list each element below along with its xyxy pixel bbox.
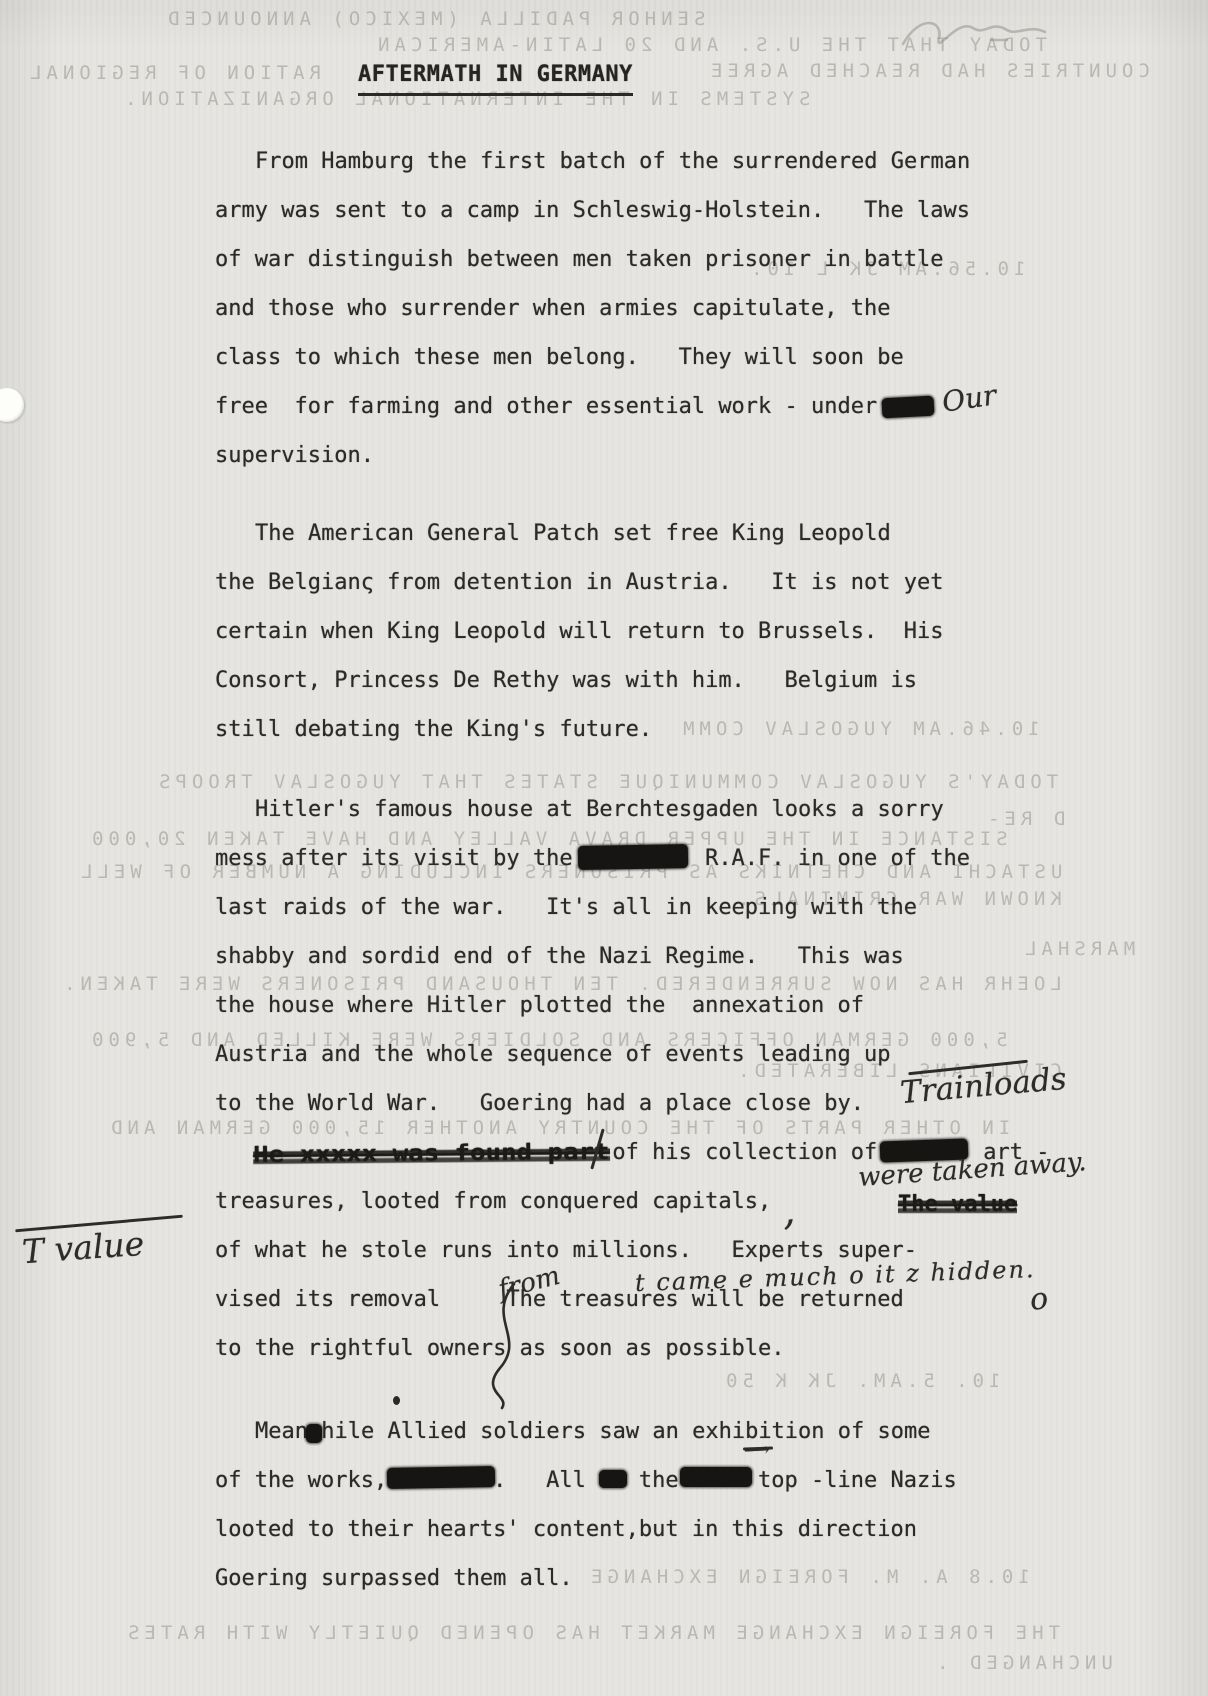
typed-line: Consort, Princess De Rethy was with him.… bbox=[215, 656, 1115, 705]
handwritten-arrow: ⟶ bbox=[743, 1439, 770, 1461]
struck-text: He xxxxx was found part bbox=[253, 1140, 610, 1169]
handwritten-loop: o bbox=[1028, 1281, 1050, 1318]
ink-dot bbox=[393, 1396, 400, 1405]
typed-line: shabby and sordid end of the Nazi Regime… bbox=[215, 932, 1115, 981]
typed-line: Hitler's famous house at Berchtesgaden l… bbox=[215, 785, 1115, 834]
ink-blot bbox=[882, 396, 935, 419]
struck-text: The value bbox=[898, 1192, 1017, 1218]
bleedthrough-line: UNCHANGED . bbox=[932, 1652, 1113, 1674]
ink-blot bbox=[680, 1467, 752, 1487]
typed-line: supervision. bbox=[215, 431, 1115, 480]
paragraph-1: From Hamburg the first batch of the surr… bbox=[215, 137, 1115, 480]
bleedthrough-line: RATION OF REGIONAL bbox=[25, 62, 321, 84]
paragraph-4: Meanwhile Allied soldiers saw an exhibit… bbox=[215, 1407, 1115, 1603]
typed-line: the Belgianς from detention in Austria. … bbox=[215, 558, 1115, 607]
typed-line: Goering surpassed them all. bbox=[215, 1554, 1115, 1603]
handwritten-scribble bbox=[895, 6, 1055, 66]
pen-flourish bbox=[470, 1282, 540, 1412]
typed-line: The American General Patch set free King… bbox=[215, 509, 1115, 558]
ink-blot bbox=[306, 1424, 322, 1443]
typed-line: the house where Hitler plotted the annex… bbox=[215, 981, 1115, 1030]
typed-line: army was sent to a camp in Schleswig-Hol… bbox=[215, 186, 1115, 235]
typed-line: of the works, . All the top -line Nazis bbox=[215, 1456, 1115, 1505]
typed-line: certain when King Leopold will return to… bbox=[215, 607, 1115, 656]
bleedthrough-line: SENHOR PADILLA (MEXICO) ANNOUNCED bbox=[163, 8, 706, 30]
typed-line: looted to their hearts' content,but in t… bbox=[215, 1505, 1115, 1554]
paragraph-2: The American General Patch set free King… bbox=[215, 509, 1115, 754]
page-title: AFTERMATH IN GERMANY bbox=[358, 62, 633, 96]
typed-line: still debating the King's future. bbox=[215, 705, 1115, 754]
typed-line: to the rightful owners as soon as possib… bbox=[215, 1324, 1115, 1373]
typed-line: class to which these men belong. They wi… bbox=[215, 333, 1115, 382]
bleedthrough-line: 10. 5.AM. JK K 50 bbox=[721, 1370, 1000, 1392]
bleedthrough-line: THE FOREIGN EXCHANGE MARKET HAS OPENED Q… bbox=[123, 1622, 1060, 1644]
ink-blot bbox=[599, 1470, 627, 1488]
ink-blot bbox=[387, 1466, 495, 1489]
typed-line: and those who surrender when armies capi… bbox=[215, 284, 1115, 333]
typed-line: last raids of the war. It's all in keepi… bbox=[215, 883, 1115, 932]
typed-line: of war distinguish between men taken pri… bbox=[215, 235, 1115, 284]
typed-line: Meanwhile Allied soldiers saw an exhibit… bbox=[215, 1407, 1115, 1456]
ink-blot bbox=[578, 844, 688, 870]
typed-line: From Hamburg the first batch of the surr… bbox=[215, 137, 1115, 186]
